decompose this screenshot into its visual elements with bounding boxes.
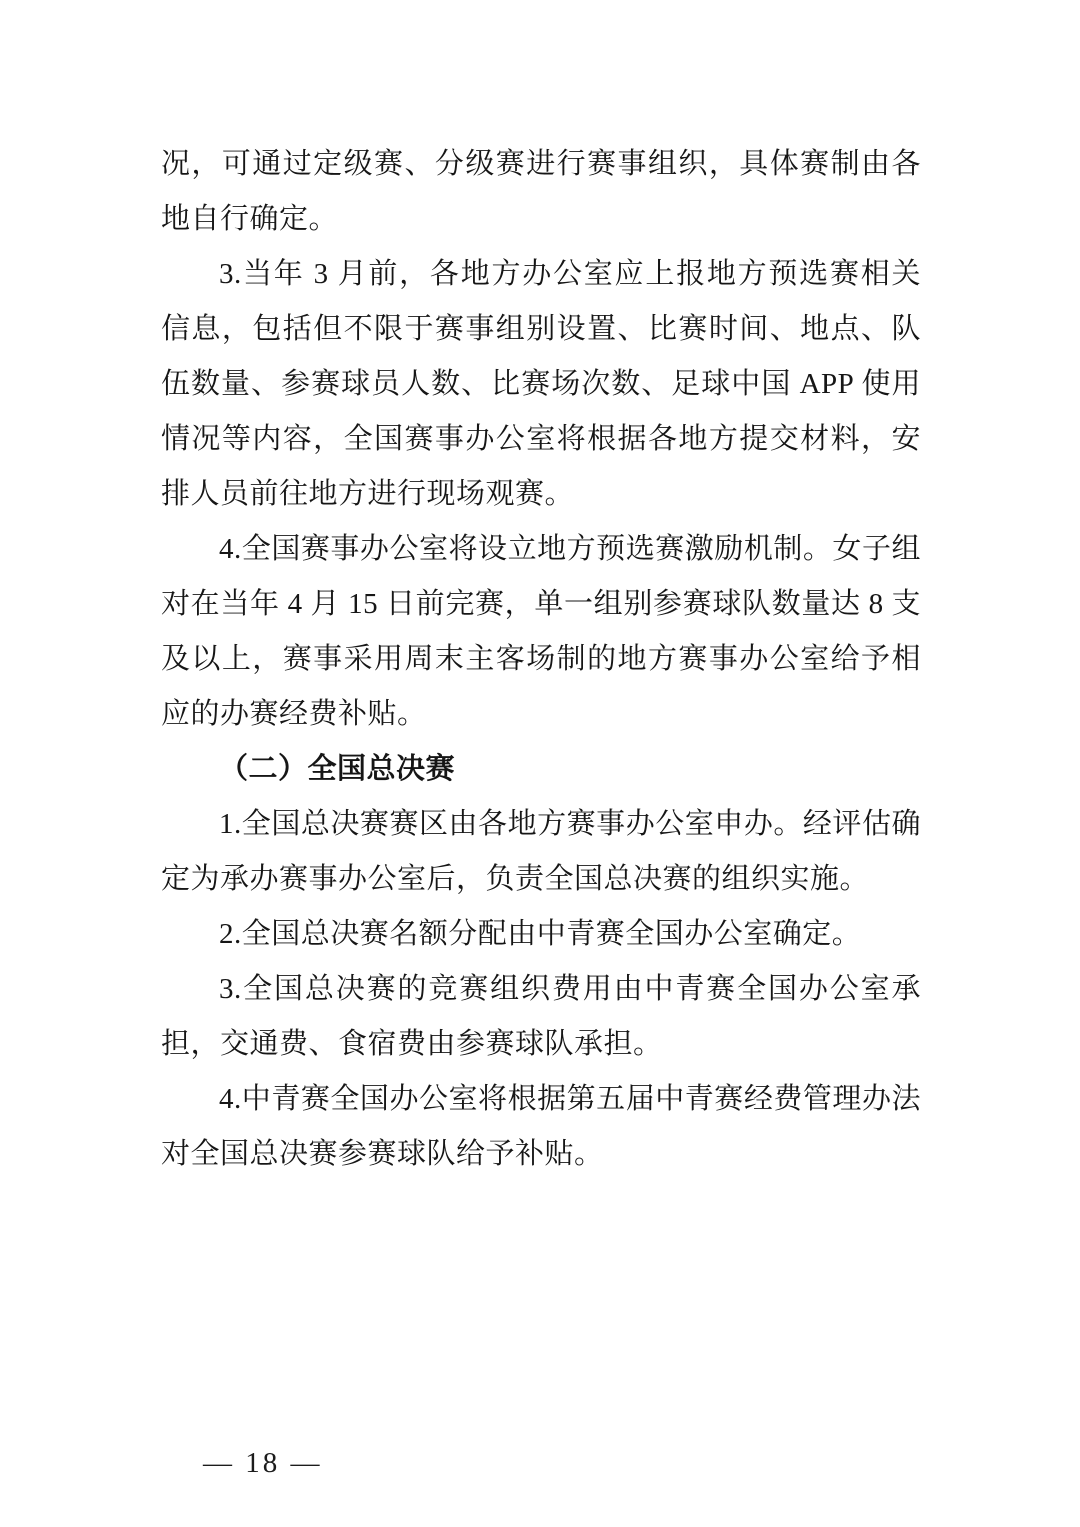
paragraph-local-qualifier-4: 4.全国赛事办公室将设立地方预选赛激励机制。女子组对在当年 4 月 15 日前完… <box>161 522 921 742</box>
paragraph-local-qualifier-3: 3.当年 3 月前，各地方办公室应上报地方预选赛相关信息，包括但不限于赛事组别设… <box>161 247 921 522</box>
page-number: — 18 — <box>203 1447 323 1479</box>
paragraph-national-finals-4: 4.中青赛全国办公室将根据第五届中青赛经费管理办法对全国总决赛参赛球队给予补贴。 <box>161 1072 921 1182</box>
paragraph-national-finals-2: 2.全国总决赛名额分配由中青赛全国办公室确定。 <box>161 907 921 962</box>
document-page: 况，可通过定级赛、分级赛进行赛事组织，具体赛制由各地自行确定。 3.当年 3 月… <box>0 0 1080 1527</box>
paragraph-national-finals-3: 3.全国总决赛的竞赛组织费用由中青赛全国办公室承担，交通费、食宿费由参赛球队承担… <box>161 962 921 1072</box>
paragraph-national-finals-1: 1.全国总决赛赛区由各地方赛事办公室申办。经评估确定为承办赛事办公室后，负责全国… <box>161 797 921 907</box>
section-heading-national-finals: （二）全国总决赛 <box>161 742 921 797</box>
document-body: 况，可通过定级赛、分级赛进行赛事组织，具体赛制由各地自行确定。 3.当年 3 月… <box>161 137 921 1182</box>
paragraph-continuation: 况，可通过定级赛、分级赛进行赛事组织，具体赛制由各地自行确定。 <box>161 137 921 247</box>
page-footer: — 18 — <box>162 1412 323 1514</box>
